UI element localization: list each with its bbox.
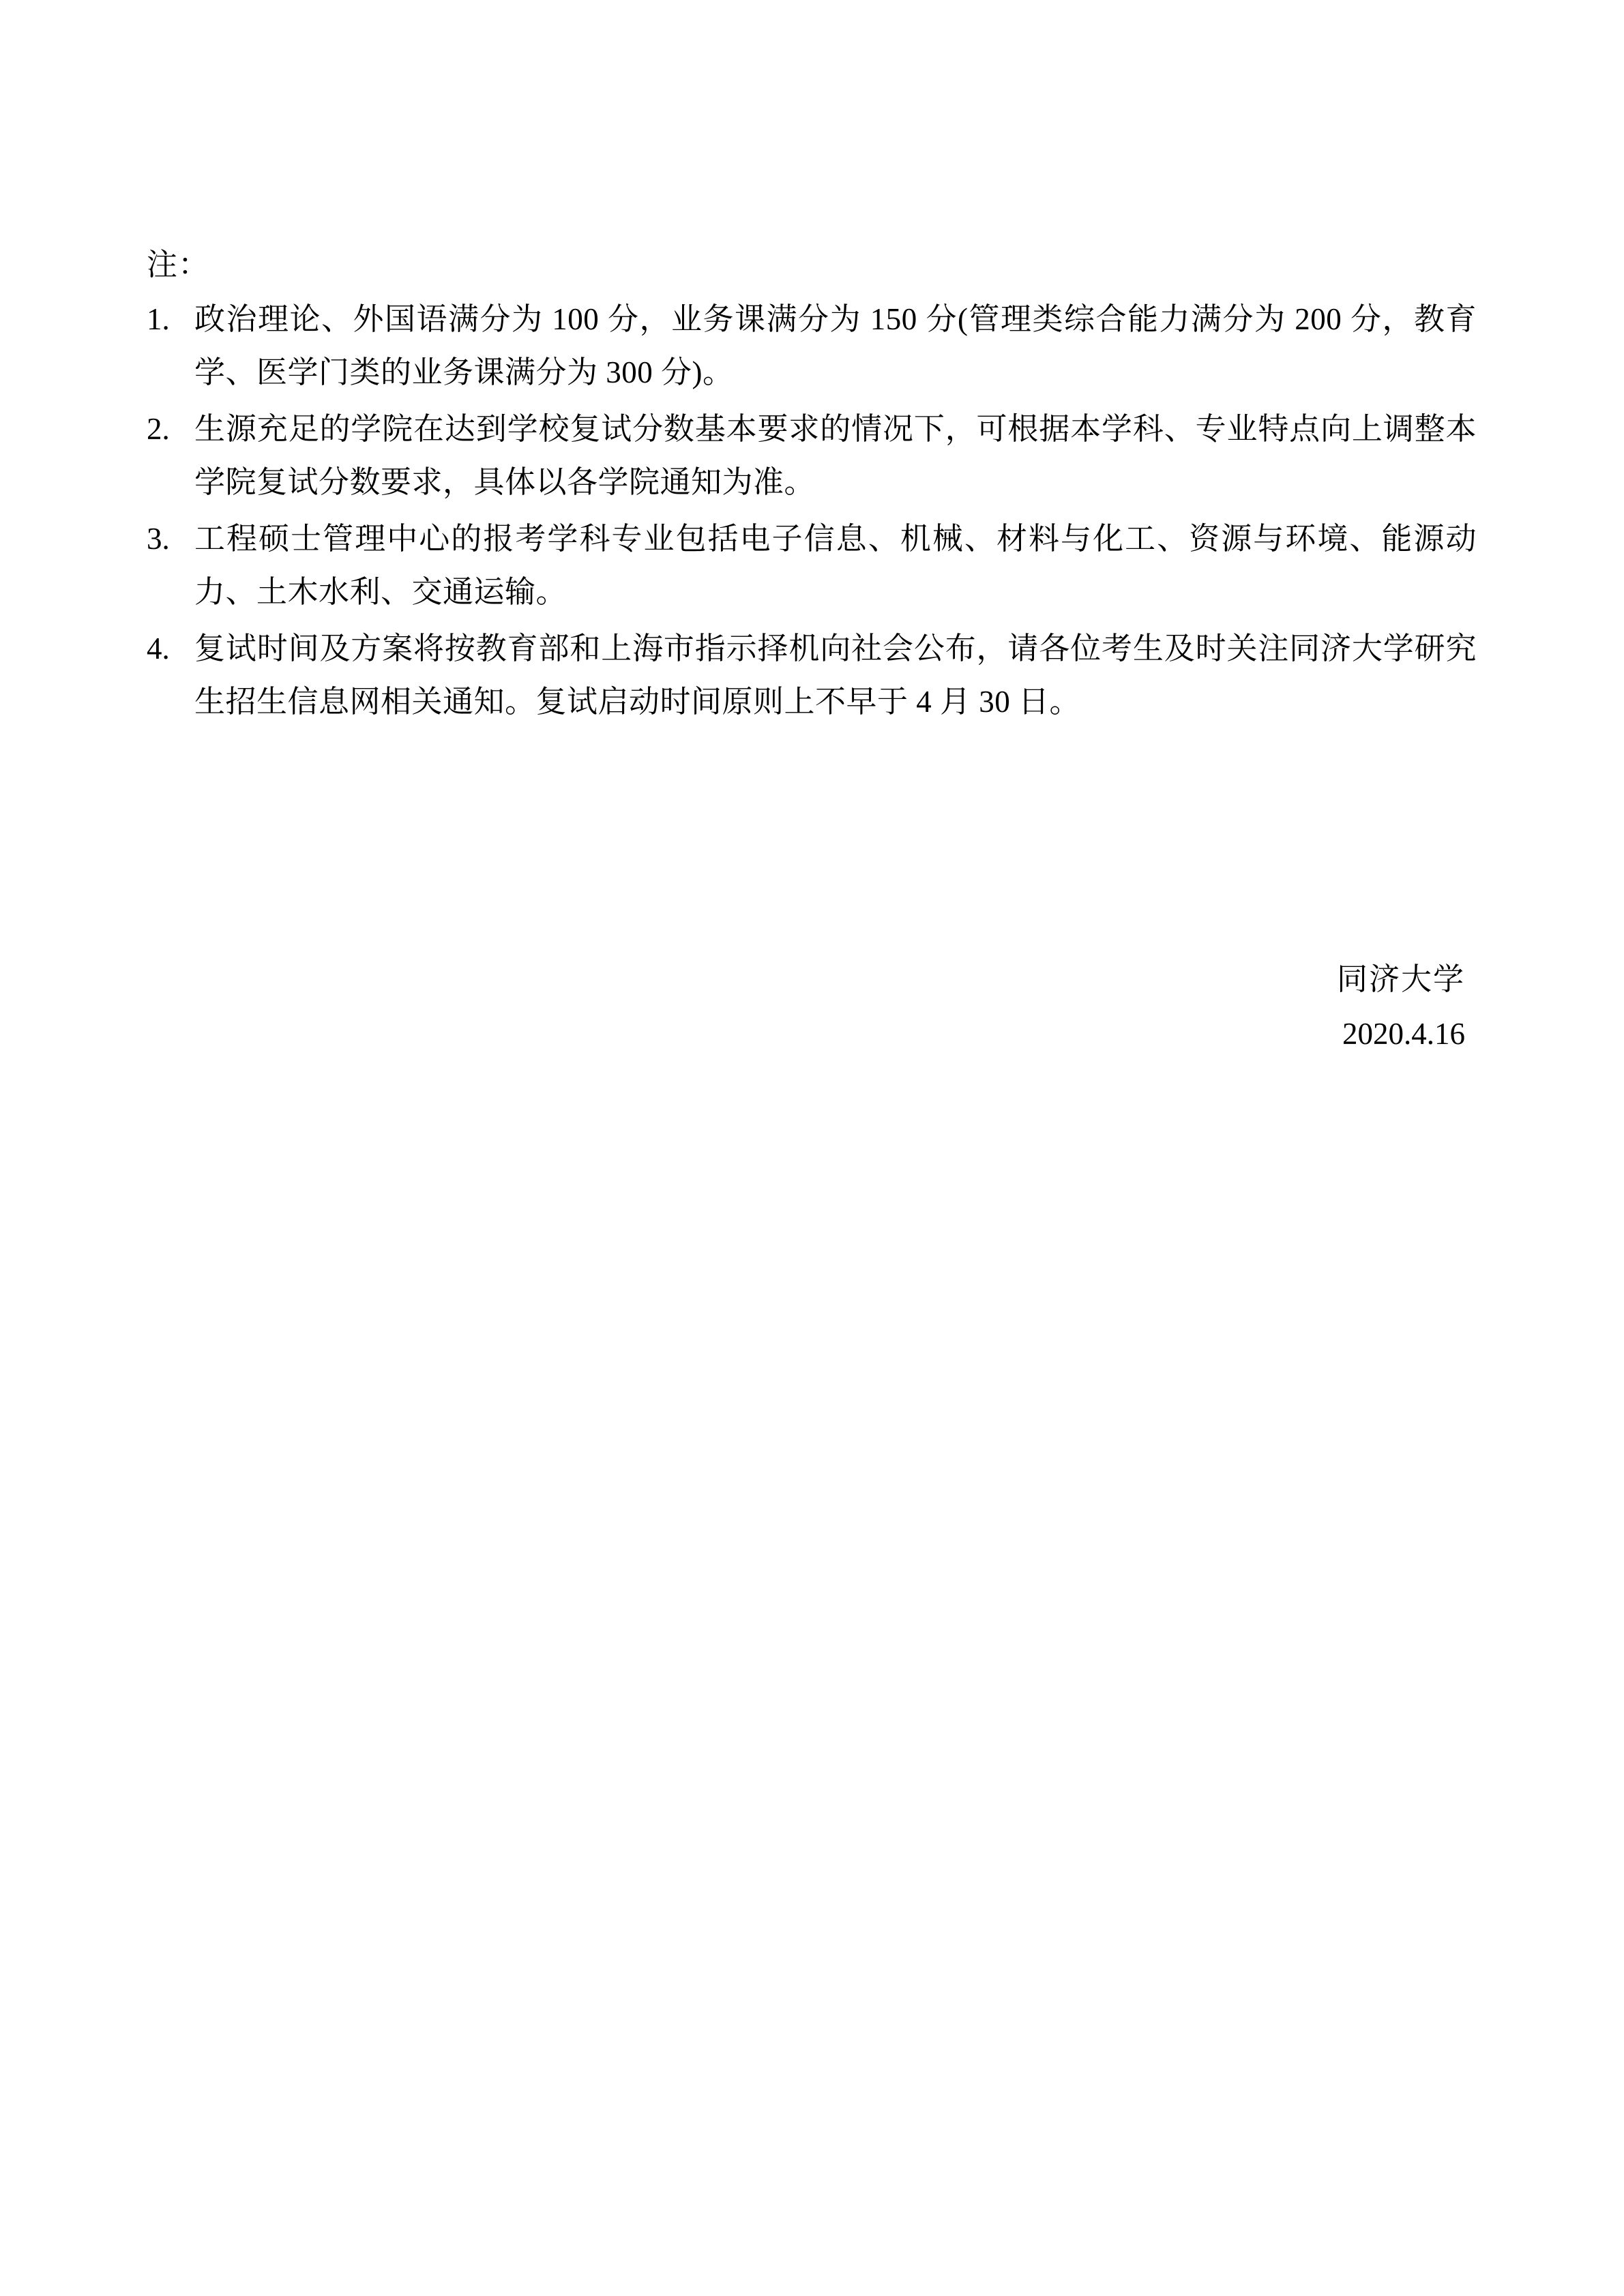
note-item-4-number: 4. <box>147 622 194 675</box>
signature-organization: 同济大学 <box>1337 952 1465 1007</box>
note-item-1-number: 1. <box>147 293 194 346</box>
note-item-3-text: 工程硕士管理中心的报考学科专业包括电子信息、机械、材料与化工、资源与环境、能源动… <box>194 512 1477 618</box>
note-item-1-text: 政治理论、外国语满分为 100 分，业务课满分为 150 分(管理类综合能力满分… <box>194 293 1477 399</box>
notes-section: 注： 1. 政治理论、外国语满分为 100 分，业务课满分为 150 分(管理类… <box>147 240 1477 728</box>
notes-label: 注： <box>147 240 1477 289</box>
note-item-1: 1. 政治理论、外国语满分为 100 分，业务课满分为 150 分(管理类综合能… <box>147 293 1477 399</box>
signature-block: 同济大学 2020.4.16 <box>1337 952 1465 1061</box>
note-item-4-text: 复试时间及方案将按教育部和上海市指示择机向社会公布，请各位考生及时关注同济大学研… <box>194 622 1477 728</box>
document-page: 注： 1. 政治理论、外国语满分为 100 分，业务课满分为 150 分(管理类… <box>0 0 1624 2296</box>
note-item-2-text: 生源充足的学院在达到学校复试分数基本要求的情况下，可根据本学科、专业特点向上调整… <box>194 402 1477 509</box>
note-item-3-number: 3. <box>147 512 194 565</box>
signature-date: 2020.4.16 <box>1337 1007 1465 1061</box>
note-item-4: 4. 复试时间及方案将按教育部和上海市指示择机向社会公布，请各位考生及时关注同济… <box>147 622 1477 728</box>
notes-list: 1. 政治理论、外国语满分为 100 分，业务课满分为 150 分(管理类综合能… <box>147 293 1477 728</box>
note-item-2-number: 2. <box>147 402 194 456</box>
note-item-2: 2. 生源充足的学院在达到学校复试分数基本要求的情况下，可根据本学科、专业特点向… <box>147 402 1477 509</box>
note-item-3: 3. 工程硕士管理中心的报考学科专业包括电子信息、机械、材料与化工、资源与环境、… <box>147 512 1477 618</box>
